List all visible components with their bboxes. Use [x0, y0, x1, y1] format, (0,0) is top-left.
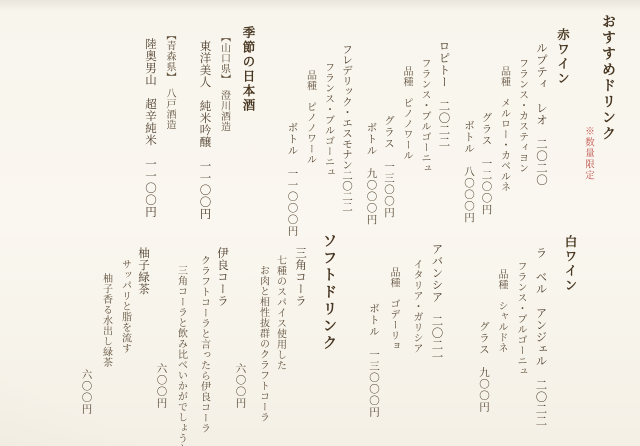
white-wine-1-glass-price: グラス 九〇〇円 [478, 229, 489, 443]
soft-drink-3-desc2: 柚子香る水出し緑茶 [101, 229, 111, 443]
soft-drink-1-price: 六〇〇円 [234, 229, 245, 443]
section-header-white-wine: 白ワイン [564, 229, 577, 443]
red-wine-1-name: ルプティ レオ 二〇二〇 [535, 8, 547, 222]
sake-1-name: 東洋美人 純米吟醸 一一〇〇円 [198, 8, 210, 222]
red-wine-2-variety: 品種 ピノノワール [401, 8, 411, 222]
white-wine-1-name: ラ ベル アンジェル 二〇二二 [534, 229, 546, 443]
white-wine-2-name: アバンシア 二〇二一 [430, 229, 442, 443]
sake-1-brewery: 【山口県】 澄川酒造 [219, 8, 229, 222]
white-wine-1-region: フランス・ブルゴーニュ [515, 229, 525, 443]
red-wine-1-region: フランス・カスティヨン [517, 8, 527, 222]
soft-drink-3-price: 六〇〇円 [80, 229, 91, 443]
soft-drink-2-desc2: 三角コーラと飲み比べいかがでしょうか [176, 229, 186, 443]
white-wine-2-variety: 品種 ゴデーリョ [388, 229, 398, 443]
red-wine-1-bottle-price: ボトル 八〇〇〇円 [463, 8, 474, 222]
menu-bottom-band: 白ワイン ラ ベル アンジェル 二〇二二 フランス・ブルゴーニュ 品種 シャルド… [80, 229, 576, 443]
red-wine-2-bottle-price: ボトル 九〇〇〇円 [365, 8, 376, 222]
red-wine-3-region: フランス・ブルゴーニュ [323, 8, 333, 222]
menu-page: おすすめドリンク ※数量限定 赤ワイン ルプティ レオ 二〇二〇 フランス・カス… [0, 0, 640, 446]
red-wine-2-region: フランス・ブルゴーニュ [419, 8, 429, 222]
red-wine-3-bottle-price: ボトル 一一〇〇〇円 [286, 8, 297, 222]
soft-drink-2-desc1: クラフトコーラと言ったら伊良コーラ [199, 229, 209, 443]
red-wine-2-name: ロピトー 二〇二二 [437, 8, 449, 222]
white-wine-2-bottle-price: ボトル 一三〇〇〇円 [368, 229, 379, 443]
red-wine-1-glass-price: グラス 一二〇〇円 [480, 8, 491, 222]
menu-top-band: おすすめドリンク ※数量限定 赤ワイン ルプティ レオ 二〇二〇 フランス・カス… [144, 8, 615, 222]
section-header-soft-drink: ソフトドリンク [321, 229, 336, 443]
soft-drink-1-desc2: お肉と相性抜群のクラフトコーラ [258, 229, 268, 443]
red-wine-1-variety: 品種 メルロー・カベルネ [499, 8, 509, 222]
soft-drink-2-name: 伊良コーラ [216, 229, 228, 443]
sake-2-brewery: 【青森県】 八戸酒造 [164, 8, 174, 222]
sake-2-name: 陸奥男山 超辛純米 一一〇〇円 [144, 8, 156, 222]
soft-drink-1-name: 三角コーラ [294, 229, 306, 443]
red-wine-3-variety: 品種 ピノノワール [305, 8, 315, 222]
page-title: おすすめドリンク [600, 8, 614, 222]
red-wine-2-glass-price: グラス 一三〇〇円 [383, 8, 394, 222]
section-header-red-wine: 赤ワイン [556, 8, 569, 222]
white-wine-2-region: イタリア・ガリシア [411, 229, 421, 443]
white-wine-1-variety: 品種 シャルドネ [496, 229, 506, 443]
soft-drink-1-desc1: 七種のスパイス使用した [275, 229, 285, 443]
limited-quantity-note: ※数量限定 [583, 8, 593, 222]
soft-drink-3-desc1: サッパリと脂を流す [120, 229, 130, 443]
section-header-seasonal-sake: 季節の日本酒 [242, 8, 255, 222]
soft-drink-2-price: 六〇〇円 [155, 229, 166, 443]
soft-drink-3-name: 柚子緑茶 [137, 229, 149, 443]
red-wine-3-name: フレデリック・エスモナン二〇二二 [341, 8, 352, 222]
